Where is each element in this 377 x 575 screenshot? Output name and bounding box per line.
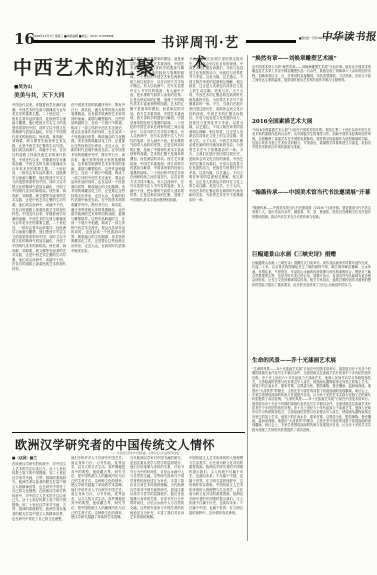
page-number: 16 bbox=[14, 30, 35, 48]
bottom-article-divider bbox=[12, 432, 245, 433]
news-item-body-2: “2016全国素描艺术大展”日前在中国美术馆开幕。展览汇集二十世纪以来中国几代美… bbox=[252, 128, 371, 186]
news-item-title-1: “焕然有章——刘焕章雕塑艺术展” bbox=[252, 56, 372, 63]
bottom-article-column-3: 当代欧洲汉学家对中国书画的研究，更加注重从美学与哲学的层面展开。他们讨论笔墨与身… bbox=[130, 456, 184, 570]
main-article-subhead: 美美与共，天下大同 bbox=[14, 91, 64, 99]
bottom-article-column-4: 中国传统文人艺术所体现的人格理想与生活美学，正在成为跨文化对话的重要资源。欧洲汉… bbox=[189, 456, 243, 570]
news-column-divider bbox=[247, 55, 248, 541]
main-article-author: ■吴为山 bbox=[14, 84, 32, 90]
news-item-body-3: “翰墨传承——中国美术馆当代书法邀请展（2016）”日前开幕。展览邀请当代书法名… bbox=[252, 206, 371, 248]
news-item-body-4: 巨幅通景山水画《三峡史诗》捐赠仪式日前举行。该作品由画家历时数年创作完成，长逾二… bbox=[252, 261, 371, 353]
main-article-column-3: 艺术的汇聚不是简单的叠加，而是深层的对话。西方艺术重再现，中国艺术重表现；西方讲… bbox=[130, 57, 184, 430]
news-item-body-5: “生命的风景——乔十光漆画艺术展”日前在中国美术馆举行。展览展出乔十光各个时期的… bbox=[252, 367, 371, 539]
header-rule-left bbox=[33, 40, 155, 43]
bottom-article-subtitle: ——从欧洲汉学家对中国书画、古琴与文人生活的研究谈起 bbox=[112, 451, 245, 455]
news-item-title-3: “翰墨传承——中国美术馆当代书法邀请展”开幕 bbox=[252, 190, 372, 197]
masthead-logo: 中华读书报 bbox=[321, 29, 377, 44]
bottom-article-column-2: 他们中的许多人不仅研究中国艺术，而且身体力行，习书作画，抚琴品茗，以文人的方式生… bbox=[71, 456, 125, 570]
news-item-title-5: 生命的风景——乔十光漆画艺术展 bbox=[252, 358, 372, 365]
news-item-title-4: 巨幅通景山水画《三峡史诗》捐赠 bbox=[252, 252, 372, 259]
bottom-article-author: ■（法国）幽兰 bbox=[12, 456, 37, 461]
newspaper-page: 16 2016年12月7日 星期三 ■本版编辑 ■电话：（010）6707886… bbox=[0, 0, 377, 575]
bottom-article-column-1: 在欧洲汉学研究的传统中，对中国文人艺术的关注由来已久。从十七世纪传教士笔下的中国… bbox=[12, 462, 66, 570]
edition-info: 2016年12月7日 星期三 ■本版编辑 ■电话：（010）67078866 bbox=[33, 34, 155, 38]
header-rule-right bbox=[246, 40, 296, 43]
news-item-body-1: 由中国美术馆主办的“焕然有章——刘焕章雕塑艺术展”日前开幕。展览从中国美术馆藏品… bbox=[252, 65, 371, 114]
main-article-column-1: 中国近代以来，伴随着西学东渐的浪潮，中西艺术的交流与碰撞成为百年美术史的重要主题… bbox=[12, 103, 66, 430]
main-article-column-4: 今天，当我们在展厅里回望这段历史，更能体会到文化自信的深意。中西艺术的汇聚告诉我… bbox=[189, 57, 243, 430]
main-article-column-2: 在中国美术馆的收藏序列中，既有齐白石、黄宾虹、潘天寿等传统大家的笔墨精品，也有留… bbox=[71, 103, 125, 430]
news-item-title-2: 2016全国素描艺术大展 bbox=[252, 119, 372, 126]
